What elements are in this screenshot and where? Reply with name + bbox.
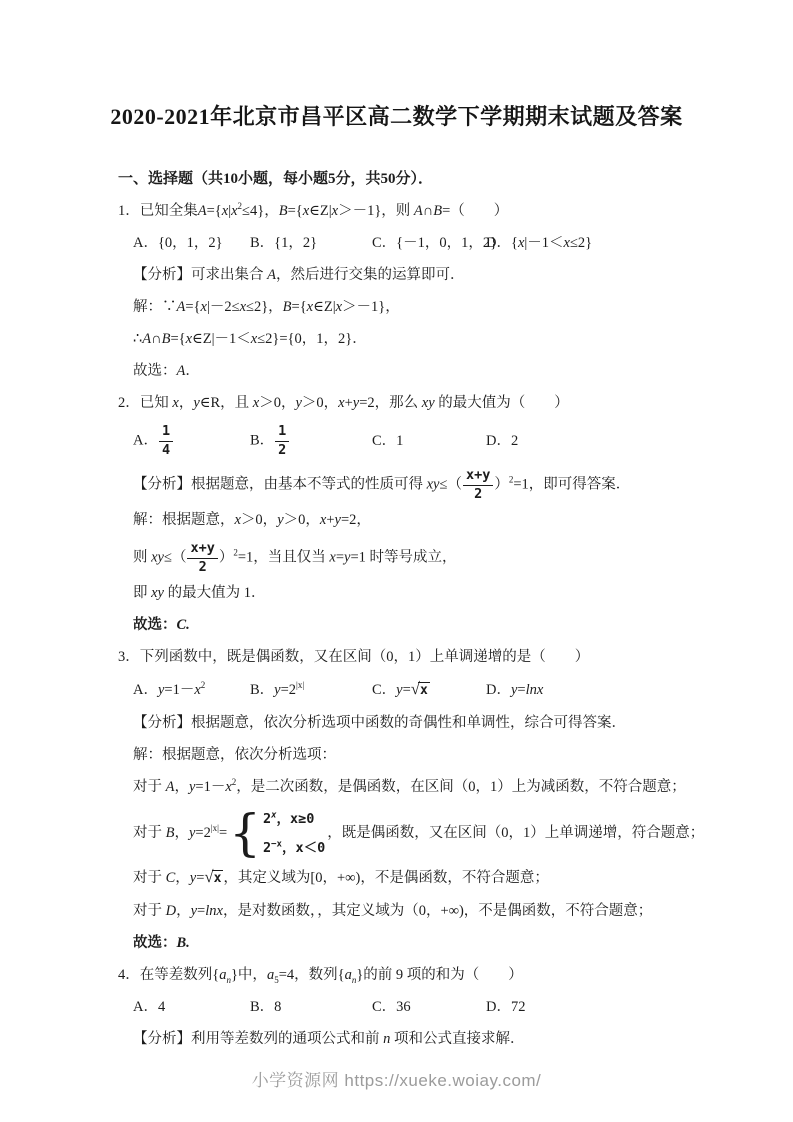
footer-watermark: 小学资源网 https://xueke.woiay.com/	[0, 1066, 793, 1091]
question-4-stem: 4．在等差数列{an}中，a5=4，数列{an}的前 9 项的和为（ ）	[118, 964, 733, 986]
question-1-option-a: A．{0，1，2}	[133, 232, 250, 254]
question-1: 1．已知全集A={x|x2≤4}，B={x∈Z|x＞－1}，则 A∩B=（ ） …	[118, 200, 733, 382]
question-3-option-b: B．y=2|x|	[250, 679, 372, 701]
question-4-option-b: B．8	[250, 996, 372, 1018]
question-1-stem: 1．已知全集A={x|x2≤4}，B={x∈Z|x＞－1}，则 A∩B=（ ）	[118, 200, 733, 222]
document-page: 2020-2021年北京市昌平区高二数学下学期期末试题及答案 一、选择题（共10…	[0, 0, 793, 1122]
question-4-options: A．4 B．8 C．36 D．72	[133, 996, 733, 1018]
question-2-option-b: B．12	[250, 424, 372, 458]
question-2-stem: 2．已知 x，y∈R，且 x＞0，y＞0，x+y=2，那么 xy 的最大值为（ …	[118, 392, 733, 414]
question-1-options: A．{0，1，2} B．{1，2} C．{－1，0，1，2} D．{x|－1＜x…	[133, 232, 733, 254]
question-2-option-c: C．1	[372, 430, 486, 452]
question-1-answer: 故选：A．	[133, 360, 733, 382]
footer-text: 小学资源网 https://xueke.woiay.com/	[252, 1071, 542, 1090]
question-3-option-d: D．y=lnx	[486, 679, 733, 701]
question-1-option-c: C．{－1，0，1，2}	[372, 232, 486, 254]
question-1-option-d: D．{x|－1＜x≤2}	[486, 232, 733, 254]
question-2-options: A．14 B．12 C．1 D．2	[133, 424, 733, 458]
question-4-analysis: 【分析】利用等差数列的通项公式和前 n 项和公式直接求解．	[133, 1028, 733, 1050]
question-3-stem: 3．下列函数中，既是偶函数，又在区间（0，1）上单调递增的是（ ）	[118, 646, 733, 668]
question-2-solution-3: 即 xy 的最大值为 1．	[133, 582, 733, 604]
question-3: 3．下列函数中，既是偶函数，又在区间（0，1）上单调递增的是（ ） A．y=1－…	[118, 646, 733, 954]
document-content: 一、选择题（共10小题，每小题5分，共50分）． 1．已知全集A={x|x2≤4…	[118, 167, 733, 1050]
question-4-option-c: C．36	[372, 996, 486, 1018]
question-3-options: A．y=1－x2 B．y=2|x| C．y=√x D．y=lnx	[133, 678, 733, 702]
question-4-option-a: A．4	[133, 996, 250, 1018]
question-3-solution-3: 对于 B，y=2|x|={2x，x≥02−x，x＜0，既是偶函数，又在区间（0，…	[133, 808, 733, 859]
question-2-option-a: A．14	[133, 424, 250, 458]
question-1-solution-2: ∴A∩B={x∈Z|－1＜x≤2}={0，1，2}．	[133, 328, 733, 350]
question-2: 2．已知 x，y∈R，且 x＞0，y＞0，x+y=2，那么 xy 的最大值为（ …	[118, 392, 733, 636]
question-1-analysis: 【分析】可求出集合 A，然后进行交集的运算即可．	[133, 264, 733, 286]
question-2-analysis: 【分析】根据题意，由基本不等式的性质可得 xy≤（x+y2）2=1，即可得答案．	[133, 468, 733, 502]
question-3-solution-1: 解：根据题意，依次分析选项：	[133, 744, 733, 766]
question-3-solution-2: 对于 A，y=1－x2，是二次函数，是偶函数，在区间（0，1）上为减函数，不符合…	[133, 776, 733, 798]
section-heading: 一、选择题（共10小题，每小题5分，共50分）．	[118, 167, 733, 188]
question-3-answer: 故选：B.	[133, 932, 733, 954]
question-3-solution-5: 对于 D，y=lnx，是对数函数，，其定义域为（0，+∞)，不是偶函数，不符合题…	[133, 900, 733, 922]
question-3-option-c: C．y=√x	[372, 678, 486, 702]
question-1-solution-1: 解：∵A={x|－2≤x≤2}，B={x∈Z|x＞－1}，	[133, 296, 733, 318]
question-3-analysis: 【分析】根据题意，依次分析选项中函数的奇偶性和单调性，综合可得答案．	[133, 712, 733, 734]
page-title: 2020-2021年北京市昌平区高二数学下学期期末试题及答案	[0, 0, 793, 131]
question-2-option-d: D．2	[486, 430, 733, 452]
question-1-option-b: B．{1，2}	[250, 232, 372, 254]
question-4: 4．在等差数列{an}中，a5=4，数列{an}的前 9 项的和为（ ） A．4…	[118, 964, 733, 1050]
question-4-option-d: D．72	[486, 996, 733, 1018]
question-2-solution-1: 解：根据题意，x＞0，y＞0，x+y=2，	[133, 509, 733, 531]
question-2-solution-2: 则 xy≤（x+y2）2=1，当且仅当 x=y=1 时等号成立，	[133, 541, 733, 575]
question-3-solution-4: 对于 C，y=√x，其定义域为[0，+∞)，不是偶函数，不符合题意；	[133, 866, 733, 890]
question-2-answer: 故选：C.	[133, 614, 733, 636]
question-3-option-a: A．y=1－x2	[133, 679, 250, 701]
